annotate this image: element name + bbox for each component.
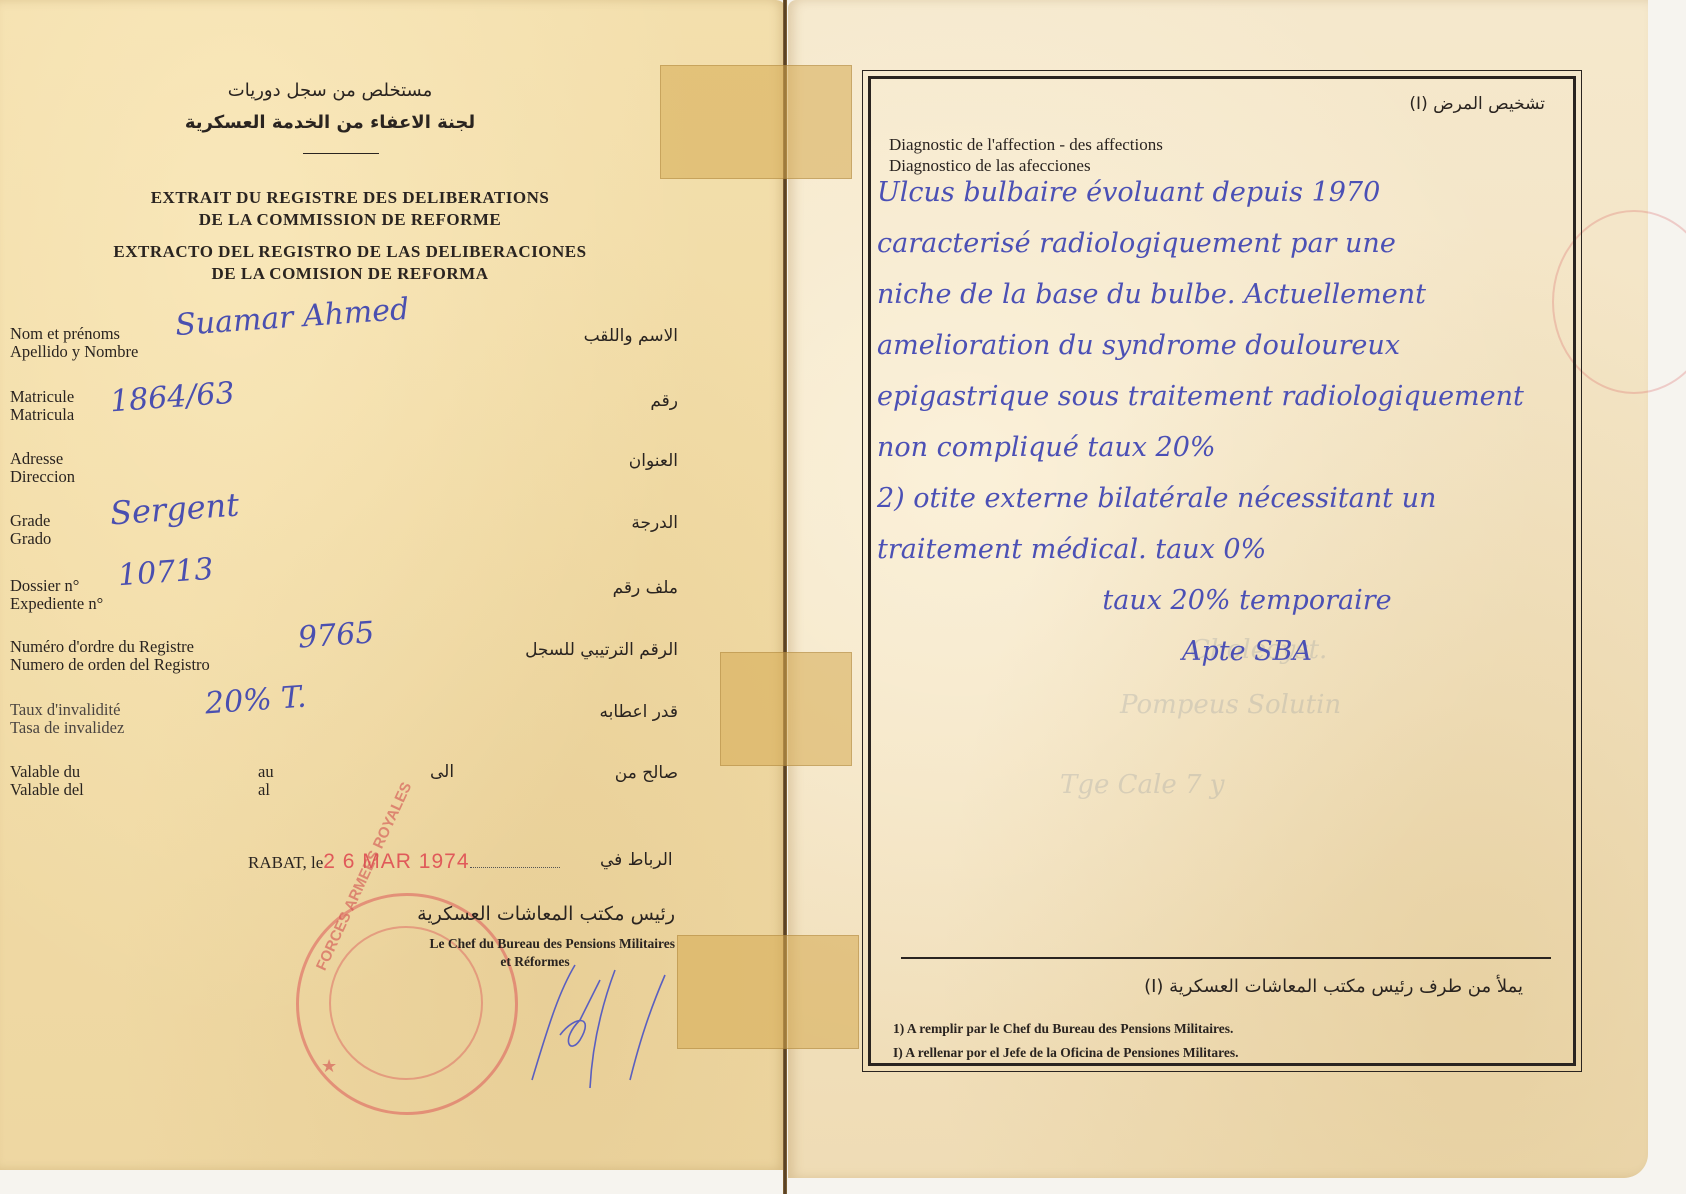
- field-matricule-label-ar: رقم: [650, 391, 678, 411]
- diagnosis-box-inner: تشخيص المرض (I) Diagnostic de l'affectio…: [868, 76, 1576, 1066]
- field-invalidity-label: Taux d'invalidité Tasa de invalidez: [10, 701, 124, 737]
- tape-middle: [720, 652, 852, 766]
- date-dotted-line: [470, 867, 560, 868]
- place-date: RABAT, le2 6 MAR 1974: [248, 850, 560, 874]
- valable-from-label-ar: صالح من: [615, 763, 678, 783]
- field-grade-label: Grade Grado: [10, 512, 51, 548]
- valable-from-label: Valable du Valable del: [10, 763, 84, 799]
- field-register-label-ar: الرقم الترتيبي للسجل: [525, 640, 678, 660]
- field-register-label: Numéro d'ordre du Registre Numero de ord…: [10, 638, 210, 674]
- header-french-line1: EXTRAIT DU REGISTRE DES DELIBERATIONS: [40, 188, 660, 208]
- field-dossier-label: Dossier n° Expediente n°: [10, 577, 103, 613]
- signature: [520, 960, 670, 1090]
- diagnosis-box: تشخيص المرض (I) Diagnostic de l'affectio…: [862, 70, 1582, 1072]
- field-register-value: 9765: [297, 615, 376, 655]
- tape-bottom: [677, 935, 859, 1049]
- header-divider: [303, 153, 379, 154]
- valable-to-label-ar: الى: [430, 762, 454, 782]
- footnote-es: I) A rellenar por el Jefe de la Oficina …: [893, 1041, 1238, 1065]
- header-spanish-line2: DE LA COMISION DE REFORMA: [40, 264, 660, 284]
- place-label-ar: الرباط في: [600, 850, 673, 870]
- official-stamp: FORCES ARMEES ROYALES ★: [296, 893, 518, 1115]
- footnotes: 1) A remplir par le Chef du Bureau des P…: [893, 1017, 1238, 1065]
- star-icon: ★: [321, 1056, 337, 1077]
- field-name-label-ar: الاسم واللقب: [584, 326, 678, 346]
- field-grade-label-ar: الدرجة: [631, 513, 678, 533]
- field-name-label: Nom et prénoms Apellido y Nombre: [10, 325, 138, 361]
- diagnosis-heading-ar: تشخيص المرض (I): [1409, 94, 1545, 114]
- field-address-label-ar: العنوان: [629, 451, 678, 471]
- header-arabic-line2: لجنة الاعفاء من الخدمة العسكرية: [130, 112, 530, 133]
- footnote-fr: 1) A remplir par le Chef du Bureau des P…: [893, 1017, 1238, 1041]
- handwritten-diagnosis: Ulcus bulbaire évoluant depuis 1970 cara…: [877, 167, 1577, 677]
- valable-to-label: au al: [258, 763, 274, 799]
- signatory-title-ar: رئيس مكتب المعاشات العسكرية: [355, 903, 675, 925]
- header-arabic-line1: مستخلص من سجل دوريات: [130, 80, 530, 101]
- field-dossier-label-ar: ملف رقم: [613, 578, 678, 598]
- field-matricule-label: Matricule Matricula: [10, 388, 74, 424]
- field-address-label: Adresse Direccion: [10, 450, 75, 486]
- header-spanish-line1: EXTRACTO DEL REGISTRO DE LAS DELIBERACIO…: [40, 242, 660, 262]
- date-stamp: 2 6 MAR 1974: [323, 850, 469, 873]
- footnote-ar: يملأ من طرف رئيس مكتب المعاشات العسكرية …: [1144, 976, 1523, 997]
- tape-top: [660, 65, 852, 179]
- place-label: RABAT, le: [248, 853, 323, 872]
- footnote-divider: [901, 957, 1551, 959]
- field-dossier-value: 10713: [117, 552, 215, 594]
- header-french-line2: DE LA COMMISSION DE REFORME: [40, 210, 660, 230]
- field-invalidity-value: 20% T.: [204, 680, 308, 722]
- field-invalidity-label-ar: قدر اعطابه: [599, 702, 678, 722]
